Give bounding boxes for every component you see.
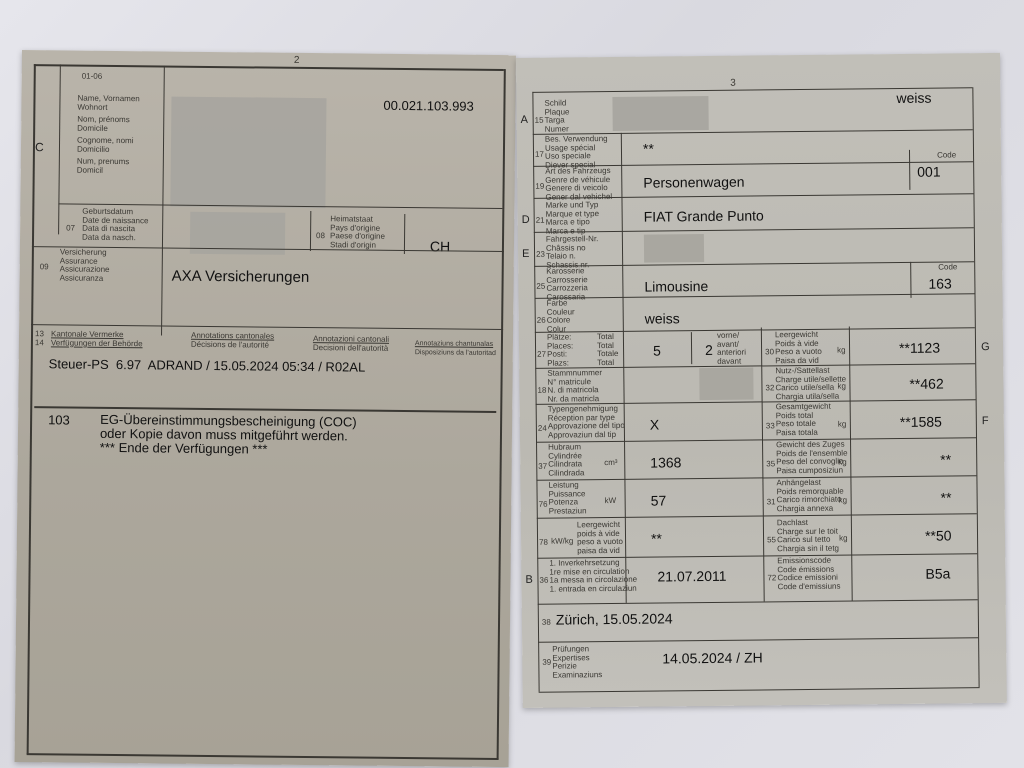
decision-text: EG-Übereinstimmungsbescheinigung (COC) o… [100, 413, 357, 458]
inspection-value: 14.05.2024 / ZH [662, 649, 763, 666]
first-registration-labels: 1. Inverkehrsetzung1re mise en circulati… [549, 559, 637, 594]
power-ratio-value: ** [651, 530, 662, 546]
displacement-labels: HubraumCylindrée CilindrataCilindrada [548, 443, 584, 477]
type-approval-labels: TypengenehmigungRéception par type Appro… [548, 405, 625, 440]
annotations-line: Steuer-PS 6.97 ADRAND / 15.05.2024 05:34… [49, 356, 366, 374]
holder-labels: Name, VornamenWohnort Nom, prénomsDomici… [77, 95, 163, 176]
insurance-value: AXA Versicherungen [172, 268, 310, 286]
empty-weight-value: **1123 [899, 340, 940, 356]
origin-value: CH [430, 238, 450, 254]
total-weight-labels: GesamtgewichtPoids total Peso totalePais… [776, 403, 831, 438]
vehicle-type-labels: Art des FahrzeugsGenre de véhicule Gener… [545, 167, 612, 202]
payload-labels: Nutz-/SattellastCharge utile/sellette Ca… [775, 367, 846, 402]
trailer-load-value: ** [941, 489, 952, 505]
master-number-redacted [699, 368, 753, 401]
emission-code-labels: EmissionscodeCode émissions Codice emiss… [777, 557, 840, 592]
annotations-nums: 1314 [35, 330, 44, 347]
displacement-value: 1368 [650, 454, 681, 470]
color-value: weiss [645, 310, 680, 326]
annotations-de: Kantonale VermerkeVerfügungen der Behörd… [51, 330, 143, 348]
roof-load-labels: DachlastCharge sur le toit Carico sul te… [777, 519, 839, 554]
holder-name-redacted [170, 97, 326, 209]
chassis-labels: Fahrgestell-Nr.Châssis no Telaio n.Schas… [546, 235, 599, 270]
plate-redacted [612, 96, 708, 131]
page-number: 3 [730, 78, 736, 89]
insurance-labels: VersicherungAssurance AssicurazioneAssic… [60, 248, 110, 283]
issue-place-date: Zürich, 15.05.2024 [556, 610, 673, 627]
right-page: 3 weiss A 15 SchildPlaque TargaNumer 17 … [516, 53, 1007, 708]
total-weight-value: **1585 [900, 414, 942, 430]
chassis-redacted [644, 234, 704, 263]
seats-labels: Plätze:Places: Posti:Plazs: [547, 333, 574, 367]
train-weight-labels: Gewicht des ZugesPoids de l'ensemble Pes… [776, 441, 848, 476]
holder-range: 01-06 [82, 73, 103, 82]
empty-weight-labels: LeergewichtPoids à vide Peso a vuotoPais… [775, 331, 822, 365]
page-number: 2 [294, 55, 300, 66]
power-ratio-labels: Leergewichtpoids à vide peso a vuotopais… [577, 521, 623, 555]
vehicle-type-value: Personenwagen [643, 174, 744, 191]
vehicle-type-code: 001 [917, 164, 941, 180]
origin-labels: HeimatstaatPays d'origine Paese d'origin… [330, 215, 385, 250]
trailer-load-labels: AnhängelastPoids remorquable Carico rimo… [776, 479, 844, 514]
annotations-rm: Annotaziuns chantunalasDisposiziuns da l… [415, 340, 496, 358]
seats-value: 5 [653, 342, 661, 358]
annotations-fr: Annotations cantonalesDécisions de l'aut… [191, 332, 274, 350]
color-top: weiss [896, 90, 931, 106]
power-value: 57 [651, 492, 667, 508]
make-model-value: FIAT Grande Punto [644, 207, 764, 224]
make-model-labels: Marke und TypMarque et type Marca e tipo… [546, 201, 600, 236]
body-labels: KarosserieCarrosserie CarrozzeriaCarossa… [546, 267, 588, 301]
train-weight-value: ** [940, 451, 951, 467]
payload-value: **462 [909, 376, 943, 392]
body-value: Limousine [644, 278, 708, 295]
birthdate-labels: GeburtsdatumDate de naissance Data di na… [82, 208, 149, 243]
registry-number: 00.021.103.993 [383, 98, 474, 114]
plate-labels: SchildPlaque TargaNumer [544, 99, 569, 133]
color-labels: FarbeCouleur ColoreColur [547, 299, 575, 333]
special-use-labels: Bes. VerwendungUsage spécial Uso special… [545, 135, 608, 170]
master-number-labels: StammnummerN° matricule N. di matricolaN… [547, 369, 602, 404]
seats-front-value: 2 [705, 342, 713, 358]
power-labels: LeistungPuissance PotenzaPrestaziun [548, 481, 586, 515]
first-registration-value: 21.07.2011 [657, 568, 726, 585]
type-approval-value: X [650, 417, 660, 433]
body-code: 163 [928, 275, 952, 291]
annotations-it: Annotazioni cantonaliDecisioni dell'auto… [313, 335, 389, 353]
roof-load-value: **50 [925, 527, 952, 543]
section-letter-c: C [35, 140, 44, 154]
special-use-value: ** [643, 141, 654, 157]
emission-code-value: B5a [925, 565, 950, 581]
left-page: 2 C 01-06 Name, VornamenWohnort Nom, pré… [15, 50, 516, 767]
decision-code: 103 [48, 412, 70, 427]
inspection-labels: PrüfungenExpertises PerizieExaminaziuns [552, 645, 602, 680]
